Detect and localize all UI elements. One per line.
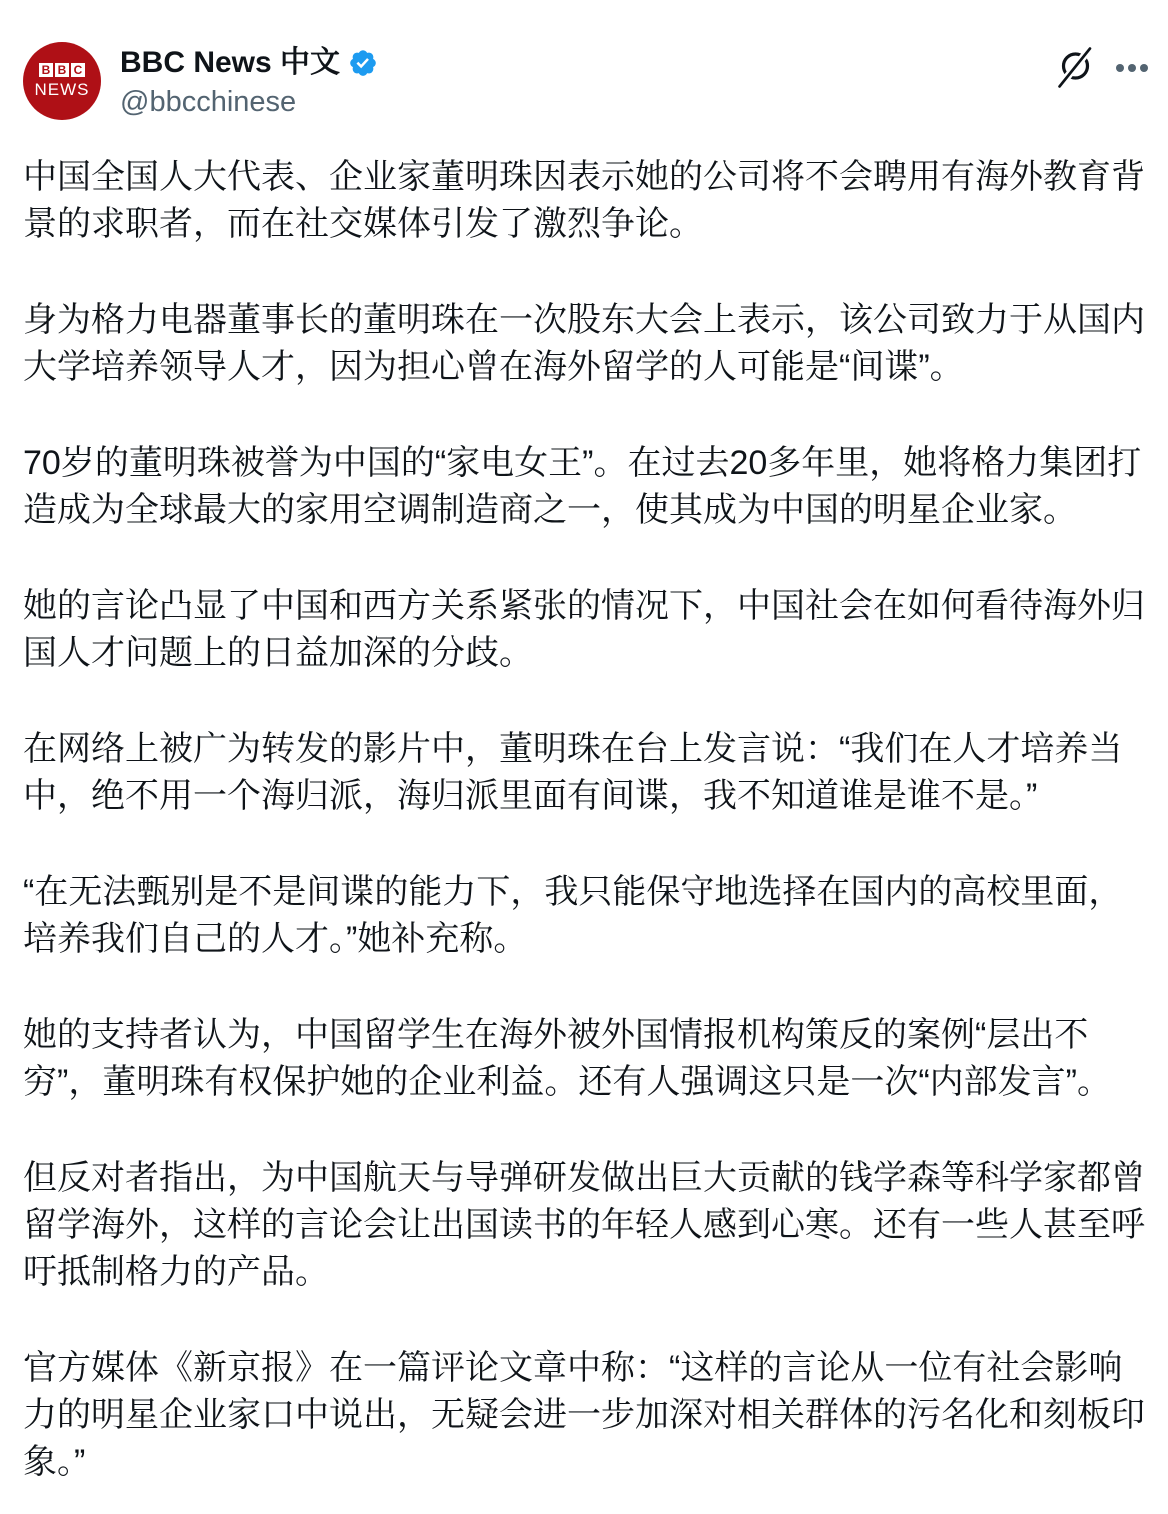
dot: [1128, 64, 1136, 72]
tweet-paragraph: 中国全国人大代表、企业家董明珠因表示她的公司将不会聘用有海外教育背景的求职者，而…: [23, 154, 1148, 248]
display-name-row: BBC News 中文: [120, 45, 378, 81]
tweet-paragraph: 但反对者指出，为中国航天与导弹研发做出巨大贡献的钱学森等科学家都曾留学海外，这样…: [23, 1155, 1148, 1296]
tweet-header: B B C NEWS BBC News 中文 @bbcchinese: [23, 42, 1148, 120]
bbc-logo-letter: B: [55, 63, 69, 77]
tweet-paragraph: 70岁的董明珠被誉为中国的“家电女王”。在过去20多年里，她将格力集团打造成为全…: [23, 440, 1148, 534]
tweet-text: 中国全国人大代表、企业家董明珠因表示她的公司将不会聘用有海外教育背景的求职者，而…: [23, 154, 1148, 1486]
dot: [1140, 64, 1148, 72]
bbc-logo-news-word: NEWS: [35, 80, 90, 100]
tweet-paragraph: “在无法甄别是不是间谍的能力下，我只能保守地选择在国内的高校里面，培养我们自己的…: [23, 869, 1148, 963]
display-name[interactable]: BBC News 中文: [120, 45, 340, 81]
bbc-logo: B B C: [39, 63, 85, 77]
tweet-paragraph: 她的言论凸显了中国和西方关系紧张的情况下，中国社会在如何看待海外归国人才问题上的…: [23, 583, 1148, 677]
bbc-logo-letter: B: [39, 63, 53, 77]
tweet-paragraph: 在网络上被广为转发的影片中，董明珠在台上发言说：“我们在人才培养当中，绝不用一个…: [23, 726, 1148, 820]
dot: [1116, 64, 1124, 72]
verified-badge-icon: [348, 48, 378, 78]
header-actions: [1056, 42, 1148, 89]
avatar[interactable]: B B C NEWS: [23, 42, 101, 120]
more-options-icon[interactable]: [1116, 56, 1148, 80]
handle[interactable]: @bbcchinese: [120, 84, 378, 120]
tweet-detail: B B C NEWS BBC News 中文 @bbcchinese: [0, 0, 1168, 1510]
tweet-paragraph: 官方媒体《新京报》在一篇评论文章中称：“这样的言论从一位有社会影响力的明星企业家…: [23, 1345, 1148, 1486]
grok-icon[interactable]: [1056, 46, 1094, 89]
tweet-paragraph: 身为格力电器董事长的董明珠在一次股东大会上表示，该公司致力于从国内大学培养领导人…: [23, 297, 1148, 391]
author-block: BBC News 中文 @bbcchinese: [120, 42, 378, 120]
tweet-paragraph: 她的支持者认为，中国留学生在海外被外国情报机构策反的案例“层出不穷”，董明珠有权…: [23, 1012, 1148, 1106]
bbc-logo-letter: C: [71, 63, 85, 77]
